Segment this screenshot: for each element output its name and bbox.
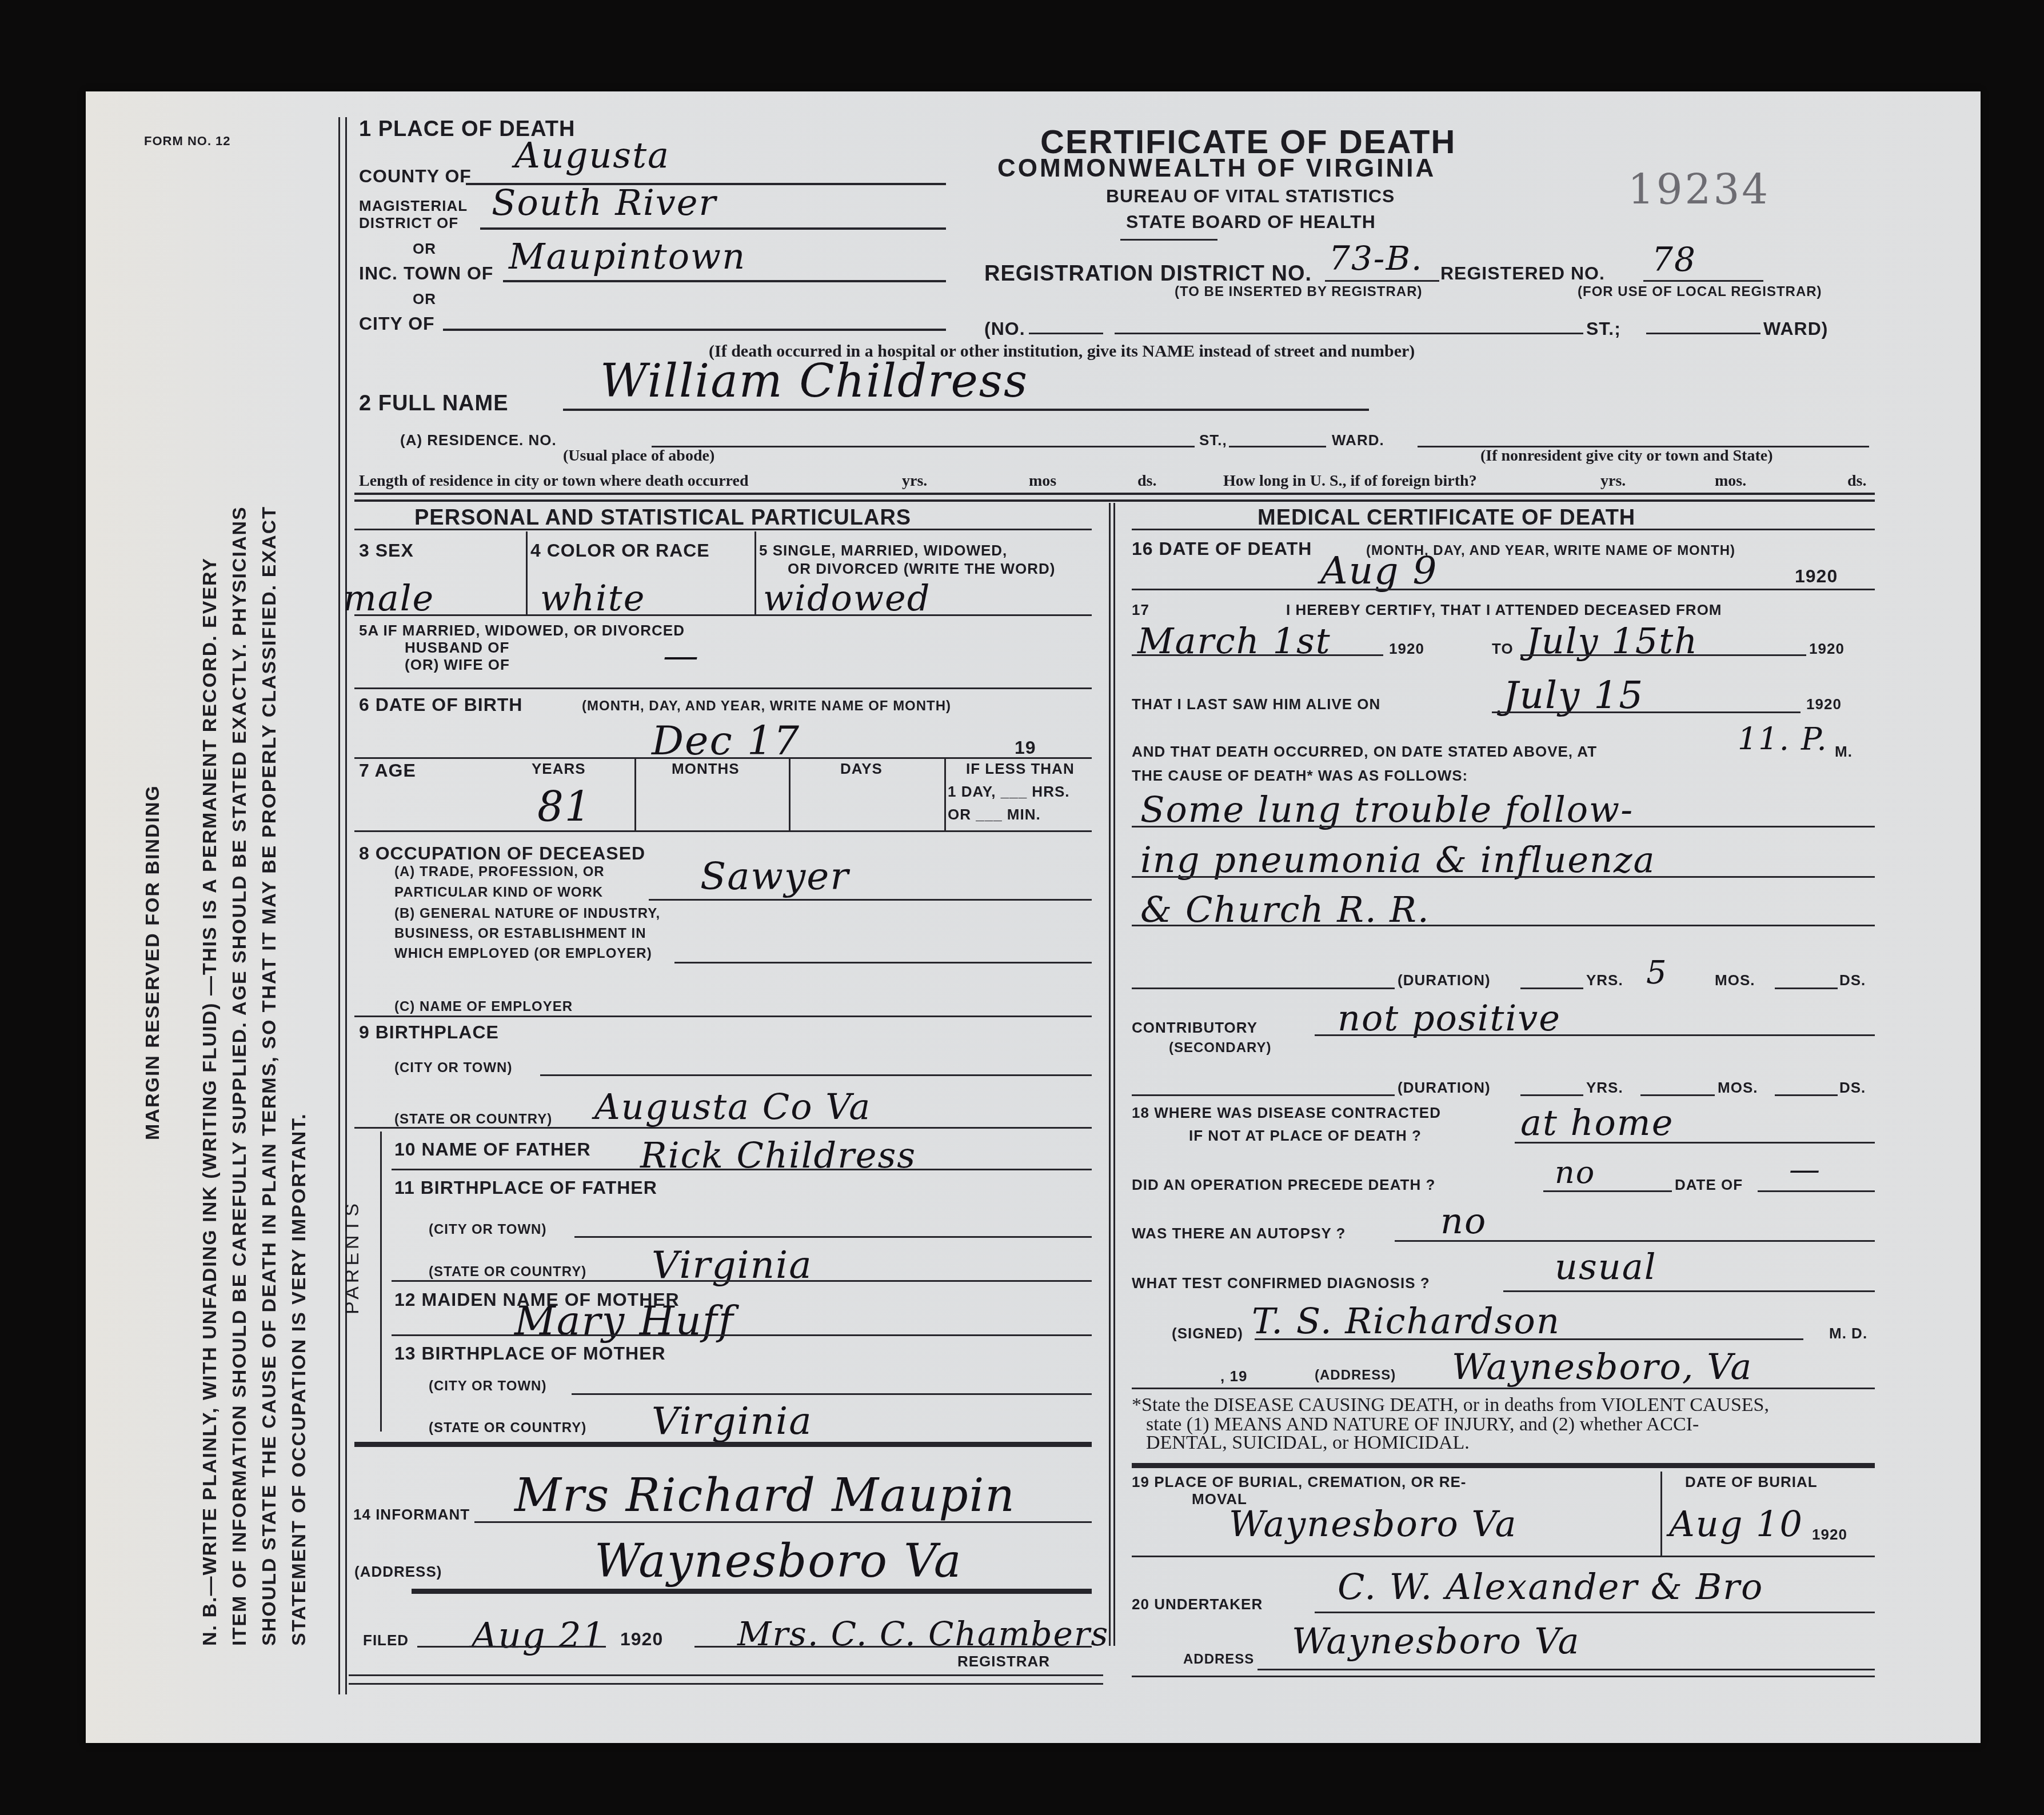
attended-to-line [1520,654,1806,656]
burial-line [1132,1556,1875,1557]
nonresident-note: (If nonresident give city or town and St… [1480,447,1773,465]
undertaker-value: C. W. Alexander & Bro [1338,1566,1763,1608]
contracted-line [1515,1142,1875,1144]
age-label: 7 AGE [359,760,416,781]
sex-label: 3 SEX [359,540,414,561]
marital-value: widowed [763,577,931,619]
days-divider [944,759,946,830]
cause-rule-3 [1132,925,1875,926]
registrar-line [694,1646,1092,1648]
race-label: 4 COLOR OR RACE [530,540,710,561]
duration-line-1 [1132,988,1395,989]
father-name-label: 10 NAME OF FATHER [394,1139,591,1160]
death-time-suffix: M. [1835,743,1853,761]
father-birthplace-line [392,1280,1092,1282]
physician-address-label: (ADDRESS) [1315,1368,1396,1384]
attended-to-year: 1920 [1809,640,1845,658]
parents-label: PARENTS [341,1200,364,1314]
undertaker-line [1315,1612,1875,1613]
father-name-line [392,1169,1092,1170]
years-label: YEARS [532,760,586,778]
full-name-label: 2 FULL NAME [359,391,509,416]
contracted-label-2: IF NOT AT PLACE OF DEATH ? [1189,1127,1422,1145]
birthplace-label: 9 BIRTHPLACE [359,1022,499,1043]
birthplace-state-label: (STATE OR COUNTRY) [394,1112,552,1128]
secondary-label: (SECONDARY) [1169,1040,1271,1056]
marital-label-2: OR DIVORCED (write the word) [788,560,1056,578]
duration-line-2 [1132,1094,1395,1096]
street-line [1115,333,1583,334]
occupation-a-label-2: PARTICULAR KIND OF WORK [394,885,603,901]
occupation-b-label-2: BUSINESS, OR ESTABLISHMENT IN [394,926,646,942]
father-city-label: (CITY OR TOWN) [429,1222,546,1238]
certify-number: 17 [1132,601,1149,619]
signature-year: , 19 [1220,1368,1247,1385]
city-label: CITY OF [359,313,435,334]
foreign-mos: mos. [1715,472,1746,490]
father-birthplace-label: 11 BIRTHPLACE OF FATHER [394,1177,657,1198]
residence-street-line [1229,446,1326,447]
ward-line [1646,333,1760,334]
column-divider-2 [1113,503,1115,1646]
contributory-value: not positive [1338,997,1561,1039]
medical-heading-rule [1132,529,1875,530]
bottom-rule-1 [349,1674,1103,1676]
duration-2-mos-label: MOS. [1718,1079,1758,1097]
mother-birthplace-value: Virginia [652,1399,812,1443]
undertaker-label: 20 UNDERTAKER [1132,1596,1263,1613]
footnote-line-1: *State the DISEASE CAUSING DEATH, or in … [1132,1394,1769,1416]
test-value: usual [1555,1246,1656,1288]
date-of-death-year: 1920 [1795,566,1838,587]
cause-rule-2 [1132,876,1875,878]
duration-2-yrs-label: YRS. [1586,1079,1623,1097]
last-saw-line [1492,711,1801,713]
registered-number-value: 78 [1652,240,1696,279]
less-than-label-3: OR ___ MIN. [948,806,1041,823]
spouse-label-2: HUSBAND OF [405,639,509,657]
column-divider [1109,503,1111,1646]
occupation-b-label-1: (B) GENERAL NATURE OF INDUSTRY, [394,906,660,922]
occupation-a-line [649,899,1092,901]
residence-ward-label: WARD. [1332,431,1384,449]
contributory-line [1315,1034,1875,1036]
district-value: South River [492,182,717,223]
row-rule-8 [354,1016,1092,1017]
burial-year: 1920 [1812,1526,1847,1544]
birthplace-value: Augusta Co Va [594,1086,871,1128]
months-divider [789,759,791,830]
duration-yrs-label: YRS. [1586,972,1623,989]
mother-name-value: Mary Huff [514,1297,734,1344]
cause-rule-1 [1132,826,1875,827]
date-of-death-value: Aug 9 [1320,549,1438,593]
certificate-subtitle: COMMONWEALTH OF VIRGINIA [997,154,1436,183]
residence-label: (A) RESIDENCE. NO. [400,431,557,449]
burial-date-value: Aug 10 [1669,1503,1803,1545]
informant-line [474,1521,1092,1523]
less-than-label-2: 1 DAY, ___ HRS. [948,783,1069,801]
burial-place-label-1: 19 PLACE OF BURIAL, CREMATION, OR RE- [1132,1473,1466,1491]
mother-state-label: (STATE OR COUNTRY) [429,1420,586,1436]
abode-note: (Usual place of abode) [563,447,714,465]
duration-ds-line [1775,988,1838,989]
bottom-rule-2 [349,1683,1103,1685]
duration-2-mos-line [1640,1094,1715,1096]
certify-text: I HEREBY CERTIFY, THAT I ATTENDED DECEAS… [1286,601,1722,619]
residence-line [652,446,1195,447]
sex-divider [526,531,528,614]
occupation-b-label-3: WHICH EMPLOYED (OR EMPLOYER) [394,946,652,962]
last-saw-label: THAT I LAST SAW HIM ALIVE ON [1132,695,1380,713]
or-label-2: OR [413,290,436,308]
mother-name-line [392,1334,1092,1336]
bottom-rule-right [1132,1676,1875,1677]
length-mos: mos [1029,472,1056,490]
dod-rule [1132,589,1875,590]
occupation-label: 8 OCCUPATION OF DECEASED [359,843,645,864]
informant-address-value: Waynesboro Va [594,1534,962,1588]
occupation-c-label: (C) NAME OF EMPLOYER [394,999,573,1015]
parents-bracket [380,1132,382,1432]
operation-line [1543,1190,1672,1192]
undertaker-address-label: ADDRESS [1183,1652,1254,1668]
undertaker-address-line [1257,1669,1875,1670]
father-state-label: (STATE OR COUNTRY) [429,1264,586,1280]
to-label: TO [1492,640,1514,658]
test-line [1503,1290,1875,1292]
burial-section-rule [1132,1463,1875,1468]
signed-line [1255,1338,1803,1340]
last-saw-value: July 15 [1503,673,1644,717]
informant-address-label: (ADDRESS) [354,1563,442,1581]
duration-yrs-line [1520,988,1583,989]
informant-label: 14 INFORMANT [353,1506,470,1524]
marital-label-1: 5 SINGLE, MARRIED, WIDOWED, [759,542,1007,559]
address-rule [412,1589,1092,1594]
full-name-line [563,409,1369,411]
margin-note: MARGIN RESERVED FOR BINDING [142,785,164,1140]
duration-2-yrs-line [1520,1094,1583,1096]
undertaker-address-value: Waynesboro Va [1292,1620,1580,1662]
district-line [480,227,946,230]
spouse-label-3: (OR) WIFE OF [405,656,510,674]
birthplace-city-label: (CITY OR TOWN) [394,1060,512,1076]
dob-note: (MONTH, DAY, AND YEAR, WRITE NAME OF MON… [582,698,951,714]
burial-place-value: Waynesboro Va [1229,1503,1518,1545]
street-number-line [1029,333,1103,334]
personal-heading-rule [354,529,1092,530]
age-years-value: 81 [537,783,592,831]
date-of-death-label: 16 DATE OF DEATH [1132,538,1312,559]
street-number-label: (NO. [984,318,1025,339]
full-name-value: William Childress [600,354,1028,407]
death-time-label: AND THAT DEATH OCCURRED, ON DATE STATED … [1132,743,1597,761]
margin-divider [338,117,340,1694]
duration-label-2: (DURATION) [1398,1079,1491,1097]
occupation-value: Sawyer [700,854,849,898]
years-divider [634,759,636,830]
autopsy-line [1395,1240,1875,1242]
filed-value: Aug 21 [472,1614,606,1656]
row-rule-9 [354,1127,1092,1129]
father-city-line [574,1236,1092,1238]
registered-number-note: (FOR USE OF LOCAL REGISTRAR) [1578,284,1822,300]
registration-district-value: 73-B. [1329,239,1423,278]
burial-date-label: DATE OF BURIAL [1685,1473,1818,1491]
cause-line-2: ing pneumonia & influenza [1140,839,1656,881]
duration-2-ds-line [1775,1094,1838,1096]
or-label: OR [413,240,436,258]
registration-district-note: (TO BE INSERTED BY REGISTRAR) [1175,284,1422,300]
margin-divider-2 [345,117,347,1694]
contracted-label-1: 18 WHERE WAS DISEASE CONTRACTED [1132,1104,1441,1122]
row-rule-6 [354,757,1092,759]
contracted-value: at home [1520,1102,1674,1144]
test-label: WHAT TEST CONFIRMED DIAGNOSIS ? [1132,1274,1430,1292]
physician-address-value: Waynesboro, Va [1452,1346,1752,1388]
registered-number-label: REGISTERED NO. [1440,263,1605,284]
contributory-label: CONTRIBUTORY [1132,1019,1257,1037]
autopsy-value: no [1440,1200,1487,1242]
dob-year-prefix: 19 [1015,737,1036,758]
occupation-b-line [674,962,1092,964]
race-value: white [540,577,645,619]
spouse-value: — [663,634,700,676]
magisterial-label: MAGISTERIAL [359,197,468,215]
md-label: M. D. [1829,1325,1867,1342]
death-certificate [86,91,1981,1743]
attended-from-line [1132,654,1383,656]
registration-district-label: REGISTRATION DISTRICT NO. [984,262,1312,286]
physician-signature: T. S. Richardson [1252,1300,1560,1342]
row-rule-5a [354,687,1092,689]
signed-label: (SIGNED) [1172,1325,1243,1342]
registration-district-line [1325,280,1439,282]
duration-mos-value: 5 [1646,954,1668,992]
personal-heading: PERSONAL AND STATISTICAL PARTICULARS [414,506,911,530]
operation-label: DID AN OPERATION PRECEDE DEATH ? [1132,1176,1435,1194]
last-saw-year: 1920 [1806,695,1842,713]
dob-label: 6 DATE OF BIRTH [359,694,522,715]
mother-city-label: (CITY OR TOWN) [429,1378,546,1394]
operation-value: no [1555,1154,1595,1190]
street-label: ST.; [1586,318,1621,339]
town-label: INC. TOWN OF [359,263,493,284]
instruction-line-3: SHOULD STATE THE CAUSE OF DEATH IN PLAIN… [258,506,281,1646]
instruction-line-4: STATEMENT OF OCCUPATION IS VERY IMPORTAN… [288,1113,310,1646]
duration-label-1: (DURATION) [1398,972,1491,989]
registrar-label: REGISTRAR [957,1653,1050,1670]
mother-city-line [572,1393,1092,1395]
less-than-label-1: IF LESS THAN [966,760,1075,778]
foreign-yrs: yrs. [1600,472,1626,490]
row-rule-3 [354,614,1092,616]
residence-street-label: ST., [1199,431,1227,449]
board-label: STATE BOARD OF HEALTH [1126,211,1376,233]
footnote-line-3: DENTAL, SUICIDAL, or HOMICIDAL. [1146,1432,1470,1454]
county-label: COUNTY OF [359,166,472,187]
section-rule-2 [354,499,1875,502]
operation-date-value: — [1789,1152,1821,1188]
operation-date-line [1758,1190,1875,1192]
file-number-stamp: 19234 [1628,166,1770,214]
ward-label: WARD) [1763,318,1828,339]
physician-address-line [1132,1388,1875,1389]
spouse-label-1: 5A IF MARRIED, WIDOWED, OR DIVORCED [359,622,685,639]
town-value: Maupintown [509,235,746,277]
town-line [503,280,946,282]
county-value: Augusta [514,134,670,176]
duration-mos-label: MOS. [1715,972,1755,989]
medical-heading: MEDICAL CERTIFICATE OF DEATH [1257,506,1635,530]
months-label: MONTHS [672,760,740,778]
length-yrs: yrs. [902,472,927,490]
filed-line [417,1646,606,1648]
informant-value: Mrs Richard Maupin [514,1469,1016,1522]
registered-number-line [1643,280,1763,282]
section-rule-1 [354,493,1875,495]
filed-year: 1920 [620,1629,663,1650]
title-rule [1120,239,1217,241]
district-label: DISTRICT OF [359,214,458,232]
foreign-ds: ds. [1847,472,1866,490]
length-ds: ds. [1137,472,1156,490]
bureau-label: BUREAU OF VITAL STATISTICS [1106,186,1395,207]
cause-of-death-label: THE CAUSE OF DEATH* WAS AS FOLLOWS: [1132,767,1468,785]
autopsy-label: WAS THERE AN AUTOPSY ? [1132,1225,1346,1242]
cause-line-1: Some lung trouble follow- [1140,789,1634,830]
burial-divider [1660,1472,1662,1557]
race-divider [754,531,756,614]
occupation-a-label-1: (A) TRADE, PROFESSION, OR [394,864,605,880]
filed-label: FILED [363,1632,409,1649]
sex-value: male [343,577,434,619]
duration-2-ds-label: DS. [1839,1079,1866,1097]
row-rule-7 [354,830,1092,832]
form-number: FORM NO. 12 [144,134,231,149]
city-line [443,329,946,331]
birthplace-city-line [540,1074,1092,1076]
operation-date-label: DATE OF [1675,1176,1743,1194]
length-of-residence-label: Length of residence in city or town wher… [359,472,749,490]
attended-from-year: 1920 [1389,640,1424,658]
parents-end-rule [354,1442,1092,1447]
duration-ds-label: DS. [1839,972,1866,989]
instruction-line-2: ITEM OF INFORMATION SHOULD BE CAREFULLY … [229,506,251,1646]
instruction-line-1: N. B.—WRITE PLAINLY, WITH UNFADING INK (… [199,557,221,1646]
days-label: DAYS [840,760,883,778]
foreign-birth-label: How long in U. S., if of foreign birth? [1223,472,1477,490]
mother-birthplace-label: 13 BIRTHPLACE OF MOTHER [394,1343,666,1364]
death-time-value: 11. P. [1738,721,1828,757]
